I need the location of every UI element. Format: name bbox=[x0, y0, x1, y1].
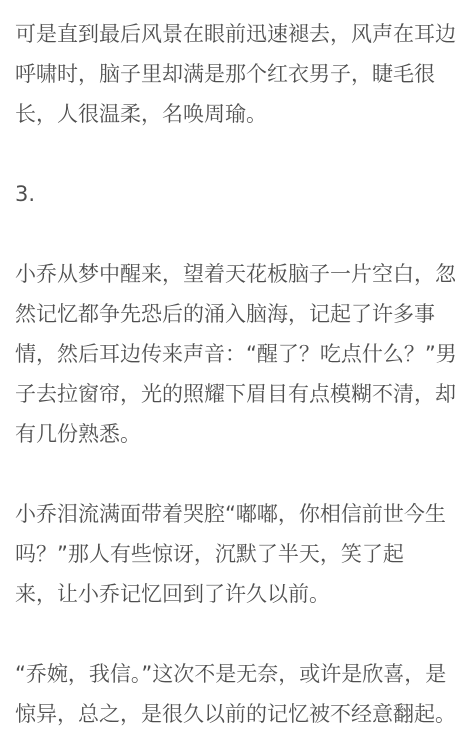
section-number-label: 3. bbox=[15, 174, 457, 214]
story-paragraph-2: 小乔从梦中醒来，望着天花板脑子一片空白，忽 然记忆都争先恐后的涌入脑海，记起了许… bbox=[15, 254, 457, 454]
text-line: 小乔泪流满面带着哭腔“嘟嘟，你相信前世今生 bbox=[15, 494, 457, 534]
text-line: 小乔从梦中醒来，望着天花板脑子一片空白，忽 bbox=[15, 254, 457, 294]
text-line: 情，然后耳边传来声音：“醒了？吃点什么？”男 bbox=[15, 334, 457, 374]
text-line: 子去拉窗帘，光的照耀下眉目有点模糊不清，却 bbox=[15, 374, 457, 414]
text-line: “乔婉，我信。”这次不是无奈，或许是欣喜，是 bbox=[15, 654, 457, 694]
story-paragraph-4: “乔婉，我信。”这次不是无奈，或许是欣喜，是 惊异，总之，是很久以前的记忆被不经… bbox=[15, 654, 457, 734]
text-line: 长，人很温柔，名唤周瑜。 bbox=[15, 94, 457, 134]
text-line: 吗？”那人有些惊讶，沉默了半天，笑了起 bbox=[15, 534, 457, 574]
text-line: 呼啸时，脑子里却满是那个红衣男子，睫毛很 bbox=[15, 54, 457, 94]
story-paragraph-3: 小乔泪流满面带着哭腔“嘟嘟，你相信前世今生 吗？”那人有些惊讶，沉默了半天，笑了… bbox=[15, 494, 457, 614]
story-paragraph-1: 可是直到最后风景在眼前迅速褪去，风声在耳边 呼啸时，脑子里却满是那个红衣男子，睫… bbox=[15, 14, 457, 134]
text-line: 有几份熟悉。 bbox=[15, 414, 457, 454]
reader-page: 可是直到最后风景在眼前迅速褪去，风声在耳边 呼啸时，脑子里却满是那个红衣男子，睫… bbox=[0, 0, 472, 749]
text-line: 然记忆都争先恐后的涌入脑海，记起了许多事 bbox=[15, 294, 457, 334]
text-line: 来，让小乔记忆回到了许久以前。 bbox=[15, 574, 457, 614]
section-number: 3. bbox=[15, 174, 457, 214]
text-line: 可是直到最后风景在眼前迅速褪去，风声在耳边 bbox=[15, 14, 457, 54]
text-line: 惊异，总之，是很久以前的记忆被不经意翻起。 bbox=[15, 694, 457, 734]
